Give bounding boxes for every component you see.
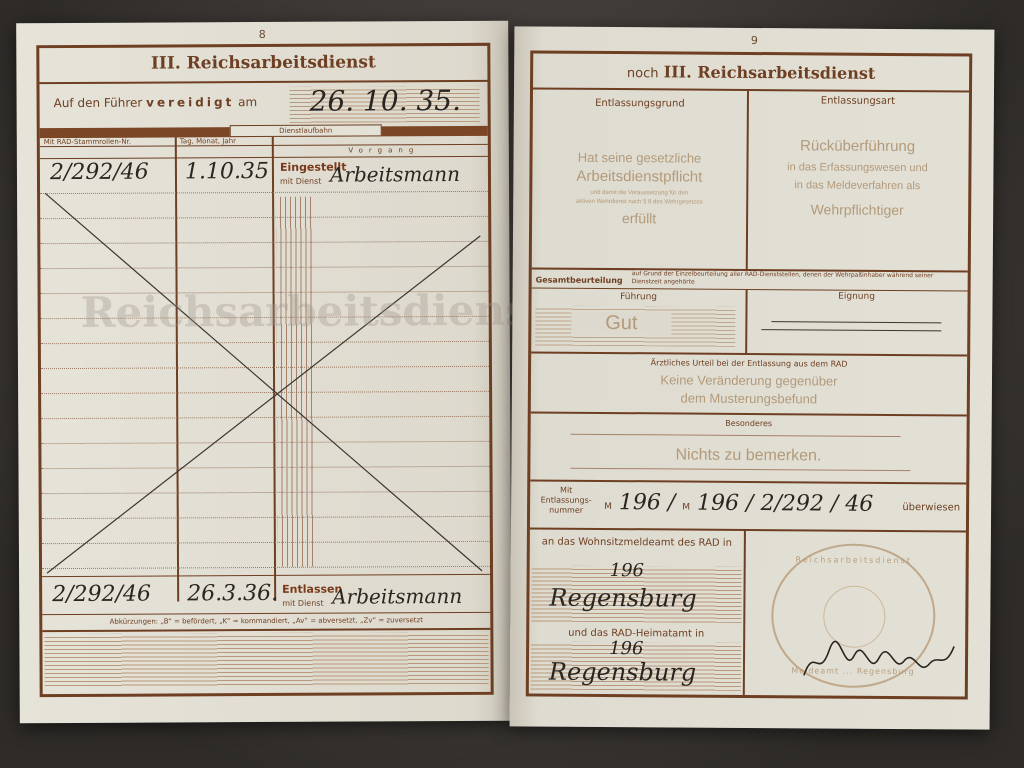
discharge-reason-line4: aktiven Wehrdienst nach § 8 des Wehrgese… [532, 198, 746, 205]
seal-ring-top-text: Reichsarbeitsdienst [774, 555, 934, 565]
page-number: 8 [16, 27, 508, 43]
oath-prefix: Auf den Führer [54, 96, 143, 110]
abbreviations-note: Abkürzungen: „B“ = befördert, „K“ = komm… [42, 616, 490, 626]
number-prefix: M [682, 503, 690, 513]
aptitude-strike-line [771, 321, 941, 323]
discharge-reason-line1: Hat seine gesetzliche [532, 149, 746, 165]
right-form-frame: noch III. Reichsarbeitsdienst Entlassung… [526, 50, 972, 699]
discharge-number-suffix: überwiesen [902, 502, 960, 513]
entry-event-value: Arbeitsmann [330, 162, 460, 187]
conduct-value: Gut [571, 312, 671, 336]
number-value: 2/292 [760, 491, 824, 516]
divider [530, 479, 966, 484]
title-prefix: noch [627, 66, 659, 81]
home-office-number: 196 [609, 638, 644, 659]
column-divider [743, 529, 746, 695]
title-text: III. Reichsarbeitsdienst [664, 62, 876, 82]
number-value: 46 [845, 492, 873, 517]
entry-date: 26.3.36. [187, 581, 278, 606]
divider [531, 411, 967, 416]
strike-through-cross [40, 186, 487, 578]
page-number: 9 [514, 32, 994, 48]
page-title: III. Reichsarbeitsdienst [39, 52, 487, 74]
residence-office-label: an das Wohnsitzmeldeamt des RAD in [530, 535, 744, 549]
discharge-type-line1: Rücküberführung [747, 137, 969, 156]
divider [42, 612, 490, 615]
entry-event-value: Arbeitsmann [332, 584, 462, 609]
residence-office-place: Regensburg [549, 584, 696, 613]
number-value: 196 [619, 490, 661, 515]
discharge-type-line3: in das Meldeverfahren als [746, 179, 968, 193]
page-title: noch III. Reichsarbeitsdienst [533, 61, 969, 83]
oath-date: 26. 10. 35. [309, 84, 461, 118]
discharge-number-label: Mit Entlassungs-nummer [534, 485, 598, 515]
discharge-reason-line2: Arbeitsdienstpflicht [532, 167, 746, 185]
oath-suffix: am [238, 95, 257, 109]
discharge-reason-line3: und damit die Voraussetzung für den [532, 189, 746, 196]
entry-event-sub: mit Dienst [282, 599, 323, 608]
column-header-event: Vorgang [280, 146, 488, 155]
entry-number: 2/292/46 [52, 582, 151, 608]
assessment-label: Gesamtbeurteilung [536, 275, 623, 285]
medical-line1: Keine Veränderung gegenüber [531, 371, 967, 389]
aptitude-strike-line [761, 329, 941, 331]
discharge-reason-label: Entlassungsgrund [533, 97, 747, 109]
discharge-type-label: Entlassungsart [747, 95, 969, 108]
entry-event-sub: mit Dienst [280, 177, 321, 186]
right-page: 9 noch III. Reichsarbeitsdienst Entlassu… [510, 26, 995, 729]
medical-label: Ärztliches Urteil bei der Entlassung aus… [531, 357, 967, 369]
assessment-note: auf Grund der Einzelbeurteilung aller RA… [632, 270, 962, 288]
divider [533, 87, 969, 92]
watermark: Reichsarbeitsdienst [81, 286, 549, 337]
left-page: 8 III. Reichsarbeitsdienst Auf den Führe… [16, 21, 512, 724]
section-header: Dienstlaufbahn [230, 124, 382, 137]
discharge-reason-line5: erfüllt [532, 209, 746, 226]
remarks-line [570, 468, 910, 471]
remarks-line [571, 434, 901, 437]
oath-bold: vereidigt [146, 95, 234, 109]
oath-label: Auf den Führer vereidigt am [54, 95, 258, 110]
entry-date: 1.10.35 [185, 159, 269, 184]
remarks-value: Nichts zu bemerken. [530, 445, 966, 466]
discharge-number-row: M 196 / M 196 / 2/292 / 46 [604, 490, 873, 517]
conduct-label: Führung [532, 291, 746, 302]
discharge-type-line2: in das Erfassungswesen und [746, 161, 968, 175]
divider [531, 351, 967, 356]
left-form-frame: III. Reichsarbeitsdienst Auf den Führer … [36, 43, 493, 697]
divider [530, 527, 966, 532]
ruled-footer [44, 632, 488, 688]
home-office-place: Regensburg [549, 658, 696, 687]
remarks-label: Besonderes [531, 417, 967, 429]
residence-office-number: 196 [610, 560, 645, 581]
entry-number: 2/292/46 [50, 160, 149, 186]
number-value: 196 [697, 491, 739, 516]
discharge-type-line4: Wehrpflichtiger [746, 201, 968, 219]
signature [799, 635, 959, 686]
aptitude-label: Eignung [746, 291, 968, 303]
number-prefix: M [604, 502, 612, 512]
medical-line2: dem Musterungsbefund [531, 389, 967, 407]
